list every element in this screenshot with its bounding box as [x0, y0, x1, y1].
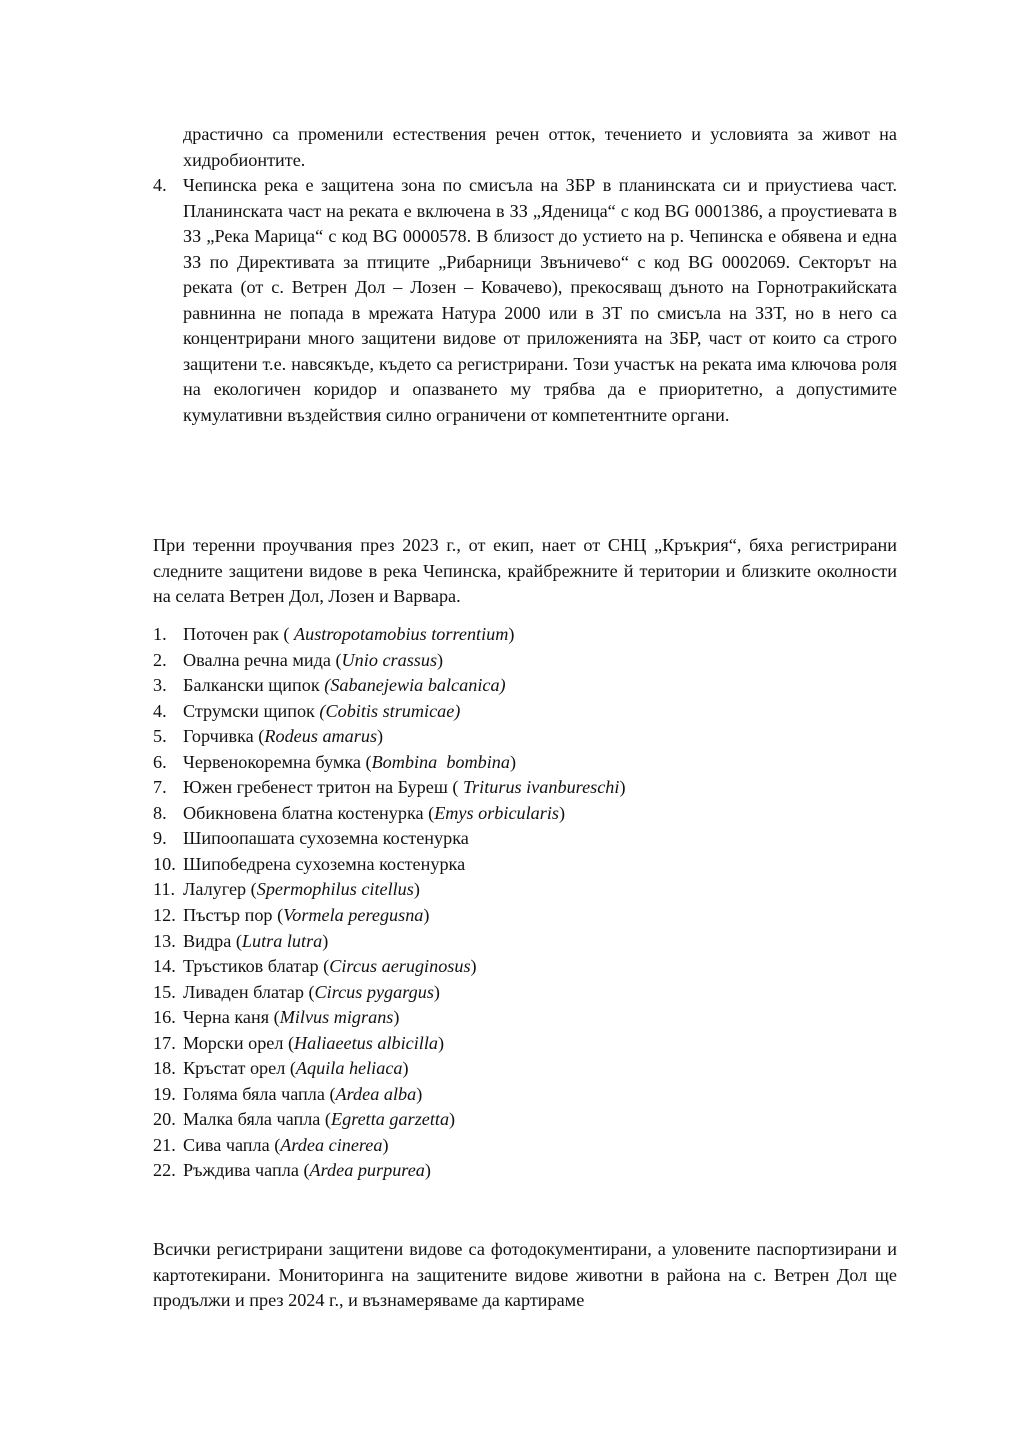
document-page: драстично са променили естествения речен…	[0, 0, 1020, 1443]
continuation-paragraph: драстично са променили естествения речен…	[183, 122, 897, 173]
close-paren: )	[438, 1033, 444, 1053]
list-item: 4.Струмски щипок (Cobitis strumicae)	[153, 699, 897, 725]
item-number: 19.	[153, 1082, 183, 1108]
item-number: 17.	[153, 1031, 183, 1057]
latin-name: Aquila heliaca	[296, 1058, 403, 1078]
list-item: 9.Шипоопашата сухоземна костенурка	[153, 826, 897, 852]
common-name: Кръстат орел (	[183, 1058, 296, 1078]
common-name: Малка бяла чапла (	[183, 1109, 331, 1129]
item-number: 8.	[153, 801, 183, 827]
common-name: Черна каня (	[183, 1007, 280, 1027]
item-number: 2.	[153, 648, 183, 674]
close-paren: )	[403, 1058, 409, 1078]
common-name: Ливаден блатар (	[183, 982, 315, 1002]
latin-name: Rodeus amarus	[264, 726, 377, 746]
species-list: 1.Поточен рак ( Austropotamobius torrent…	[153, 622, 897, 1184]
latin-name: Ardea alba	[336, 1084, 417, 1104]
list-item: 11.Лалугер (Spermophilus citellus)	[153, 877, 897, 903]
close-paren: )	[423, 905, 429, 925]
list-item: 6.Червенокоремна бумка (Bombina bombina)	[153, 750, 897, 776]
item-number: 5.	[153, 724, 183, 750]
close-paren: )	[322, 931, 328, 951]
list-item: 14.Тръстиков блатар (Circus aeruginosus)	[153, 954, 897, 980]
point-text: Чепинска река е защитена зона по смисъла…	[183, 173, 897, 428]
close-paren: )	[510, 752, 516, 772]
common-name: Лалугер (	[183, 879, 257, 899]
latin-name: Ardea purpurea	[310, 1160, 425, 1180]
latin-name: Emys orbicularis	[434, 803, 559, 823]
list-item: 7.Южен гребенест тритон на Буреш ( Tritu…	[153, 775, 897, 801]
item-number: 18.	[153, 1056, 183, 1082]
list-item: 12.Пъстър пор (Vormela peregusna)	[153, 903, 897, 929]
close-paren: )	[437, 650, 443, 670]
latin-name: Bombina bombina	[372, 752, 510, 772]
common-name: Балкански щипок	[183, 675, 324, 695]
item-number: 15.	[153, 980, 183, 1006]
close-paren: )	[414, 879, 420, 899]
close-paren: )	[508, 624, 514, 644]
close-paren: )	[393, 1007, 399, 1027]
list-item: 20.Малка бяла чапла (Egretta garzetta)	[153, 1107, 897, 1133]
common-name: Голяма бяла чапла (	[183, 1084, 336, 1104]
list-item: 8.Обикновена блатна костенурка (Emys orb…	[153, 801, 897, 827]
closing-paragraph: Всички регистрирани защитени видове са ф…	[153, 1237, 897, 1314]
item-number: 12.	[153, 903, 183, 929]
list-item: 19.Голяма бяла чапла (Ardea alba)	[153, 1082, 897, 1108]
close-paren: )	[434, 982, 440, 1002]
list-item: 5.Горчивка (Rodeus amarus)	[153, 724, 897, 750]
item-number: 14.	[153, 954, 183, 980]
latin-name: Circus aeruginosus	[329, 956, 470, 976]
list-item: 17.Морски орел (Haliaeetus albicilla)	[153, 1031, 897, 1057]
close-paren: )	[377, 726, 383, 746]
list-item: 1.Поточен рак ( Austropotamobius torrent…	[153, 622, 897, 648]
list-item: 2.Овална речна мида (Unio crassus)	[153, 648, 897, 674]
common-name: Пъстър пор (	[183, 905, 283, 925]
item-number: 16.	[153, 1005, 183, 1031]
point-number: 4.	[153, 173, 183, 428]
close-paren: )	[449, 1109, 455, 1129]
latin-name: Austropotamobius torrentium	[289, 624, 508, 644]
common-name: Южен гребенест тритон на Буреш (	[183, 777, 463, 797]
common-name: Струмски щипок	[183, 701, 319, 721]
latin-name: (Sabanejewia balcanica)	[324, 675, 505, 695]
latin-name: Vormela peregusna	[283, 905, 423, 925]
common-name: Ръждива чапла (	[183, 1160, 310, 1180]
latin-name: Triturus ivanbureschi	[463, 777, 619, 797]
common-name: Шипоопашата сухоземна костенурка	[183, 828, 469, 848]
common-name: Морски орел (	[183, 1033, 294, 1053]
item-number: 7.	[153, 775, 183, 801]
latin-name: Circus pygargus	[315, 982, 434, 1002]
latin-name: Unio crassus	[342, 650, 438, 670]
close-paren: )	[382, 1135, 388, 1155]
common-name: Шипобедрена сухоземна костенурка	[183, 854, 465, 874]
latin-name: Lutra lutra	[242, 931, 322, 951]
item-number: 4.	[153, 699, 183, 725]
common-name: Сива чапла (	[183, 1135, 280, 1155]
close-paren: )	[471, 956, 477, 976]
common-name: Видра (	[183, 931, 242, 951]
list-item: 3.Балкански щипок (Sabanejewia balcanica…	[153, 673, 897, 699]
latin-name: Spermophilus citellus	[257, 879, 414, 899]
common-name: Тръстиков блатар (	[183, 956, 329, 976]
close-paren: )	[619, 777, 625, 797]
close-paren: )	[559, 803, 565, 823]
common-name: Поточен рак (	[183, 624, 289, 644]
item-number: 22.	[153, 1158, 183, 1184]
item-number: 1.	[153, 622, 183, 648]
close-paren: )	[425, 1160, 431, 1180]
item-number: 13.	[153, 929, 183, 955]
common-name: Овална речна мида (	[183, 650, 342, 670]
item-number: 21.	[153, 1133, 183, 1159]
item-number: 10.	[153, 852, 183, 878]
common-name: Обикновена блатна костенурка (	[183, 803, 434, 823]
item-number: 20.	[153, 1107, 183, 1133]
survey-paragraph: При теренни проучвания през 2023 г., от …	[153, 533, 897, 610]
list-item: 16.Черна каня (Milvus migrans)	[153, 1005, 897, 1031]
latin-name: Ardea cinerea	[280, 1135, 382, 1155]
item-number: 9.	[153, 826, 183, 852]
list-item: 21.Сива чапла (Ardea cinerea)	[153, 1133, 897, 1159]
close-paren: )	[416, 1084, 422, 1104]
item-number: 11.	[153, 877, 183, 903]
numbered-point-4: 4. Чепинска река е защитена зона по смис…	[153, 173, 897, 428]
list-item: 22.Ръждива чапла (Ardea purpurea)	[153, 1158, 897, 1184]
list-item: 15.Ливаден блатар (Circus pygargus)	[153, 980, 897, 1006]
item-number: 6.	[153, 750, 183, 776]
latin-name: Milvus migrans	[280, 1007, 394, 1027]
latin-name: Egretta garzetta	[331, 1109, 449, 1129]
common-name: Горчивка (	[183, 726, 264, 746]
common-name: Червенокоремна бумка (	[183, 752, 372, 772]
list-item: 18.Кръстат орел (Aquila heliaca)	[153, 1056, 897, 1082]
item-number: 3.	[153, 673, 183, 699]
latin-name: Haliaeetus albicilla	[294, 1033, 438, 1053]
list-item: 13.Видра (Lutra lutra)	[153, 929, 897, 955]
list-item: 10.Шипобедрена сухоземна костенурка	[153, 852, 897, 878]
latin-name: (Cobitis strumicae)	[319, 701, 460, 721]
